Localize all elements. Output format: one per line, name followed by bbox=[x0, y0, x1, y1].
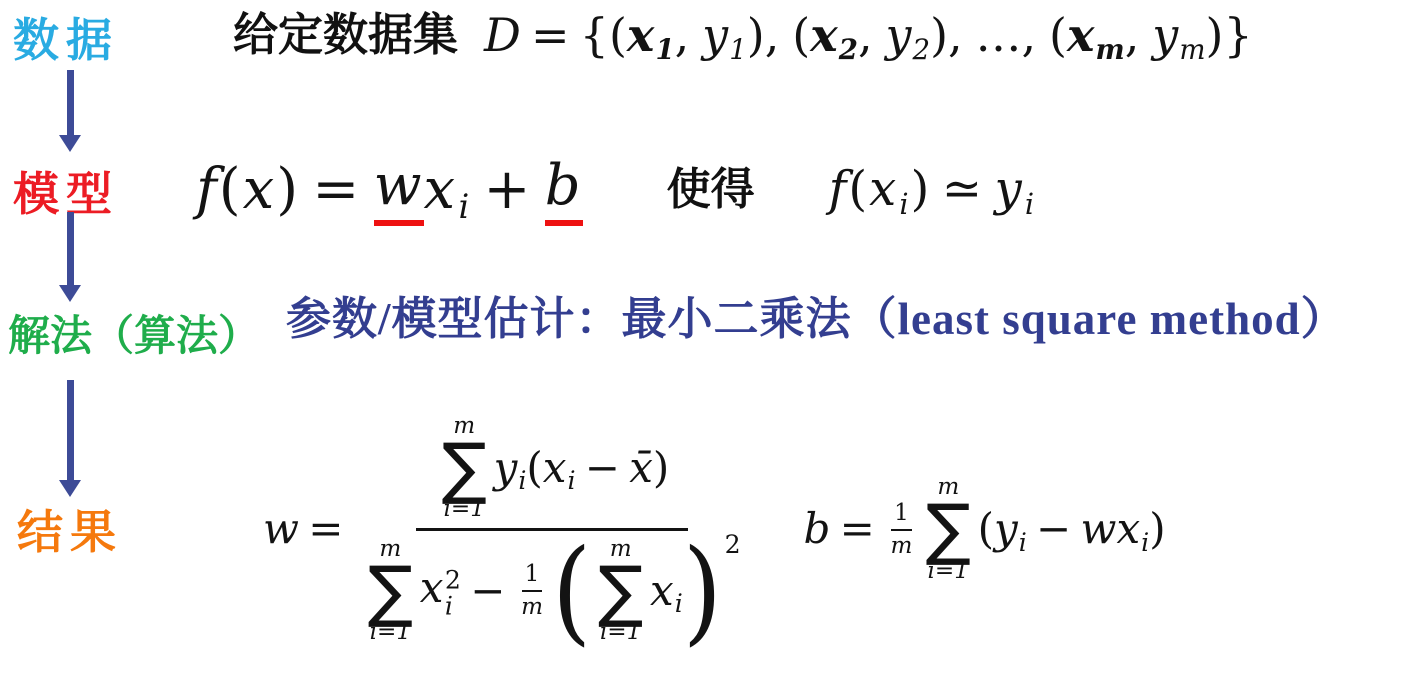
math-mtok: − bbox=[585, 444, 620, 492]
math-den: m bbox=[521, 592, 543, 621]
model-formula: f(x)=wxi+b bbox=[196, 154, 583, 226]
math-num: 1 bbox=[522, 561, 542, 592]
math-mtok: b bbox=[545, 154, 583, 226]
math-mtok: , bbox=[675, 9, 690, 62]
math-num: m∑i=1yi(xi−x̄) bbox=[416, 415, 688, 531]
math-mtok: w bbox=[263, 505, 299, 553]
math-mtok: yi bbox=[494, 444, 527, 492]
flow-step-data-label: 数据 bbox=[13, 4, 119, 70]
math-mfrac: 1m bbox=[521, 561, 543, 621]
math-mtok: = bbox=[531, 9, 570, 62]
math-mtok: yi bbox=[994, 505, 1027, 553]
math-mtok: xi bbox=[1116, 505, 1149, 553]
math-sig: ∑ bbox=[442, 438, 487, 498]
math-msubi: 2 bbox=[839, 33, 858, 66]
math-mtok: ( bbox=[978, 505, 994, 553]
arrow-line bbox=[67, 70, 74, 135]
math-mtok: 1 bbox=[525, 561, 540, 588]
math-mtok: x bbox=[243, 158, 277, 222]
dataset-row: 给定数据集 D={(x1,y1),(x2,y2),…,(xm,ym)} bbox=[233, 0, 1253, 70]
math-mtok: m bbox=[521, 594, 543, 621]
math-msubi: m bbox=[1179, 33, 1205, 66]
math-mtok: = bbox=[308, 505, 343, 553]
math-mtok: ( bbox=[1049, 9, 1067, 62]
math-s: i bbox=[445, 594, 453, 620]
math-msubi: i bbox=[675, 589, 683, 618]
math-mtok: − bbox=[1036, 505, 1071, 553]
math-mtok: f bbox=[196, 158, 219, 222]
math-mtok: = bbox=[840, 505, 875, 553]
math-den: m∑i=1x2i−1m(m∑i=1xi)2 bbox=[361, 531, 743, 644]
math-sig: ∑ bbox=[926, 499, 971, 559]
math-mtok: xi bbox=[650, 567, 683, 615]
math-den: m bbox=[891, 531, 913, 560]
math-bot: i=1 bbox=[928, 560, 969, 583]
result-row: w=m∑i=1yi(xi−x̄)m∑i=1x2i−1m(m∑i=1xi)2 b=… bbox=[263, 402, 1166, 657]
math-mtok: xm bbox=[1067, 9, 1125, 62]
math-mtok: xi bbox=[543, 444, 576, 492]
math-mtok: ( bbox=[526, 444, 542, 492]
math-mtok: − bbox=[470, 567, 505, 615]
math-mtok: w bbox=[374, 154, 424, 226]
math-mtok: ( bbox=[848, 162, 869, 217]
math-sig: ∑ bbox=[598, 561, 643, 621]
math-mtok: f bbox=[829, 162, 849, 217]
arrow-line bbox=[67, 212, 74, 285]
math-mscripts: 2i bbox=[445, 567, 461, 620]
math-mfrac: m∑i=1yi(xi−x̄)m∑i=1x2i−1m(m∑i=1xi)2 bbox=[361, 415, 743, 645]
math-ginner: m∑i=1xi bbox=[591, 538, 682, 645]
math-mfrac: 1m bbox=[891, 500, 913, 560]
math-bot: i=1 bbox=[600, 621, 641, 644]
math-mtok: ( bbox=[219, 158, 243, 222]
math-msum: m∑i=1 bbox=[598, 538, 643, 645]
math-msum: m∑i=1 bbox=[442, 415, 487, 522]
math-bot: i=1 bbox=[444, 498, 485, 521]
math-gsup: 2 bbox=[725, 530, 741, 559]
math-mtok: ym bbox=[1152, 9, 1205, 62]
math-mtok: { bbox=[580, 9, 609, 62]
flow-arrow-down-3 bbox=[59, 380, 81, 497]
math-mtok: x2i bbox=[420, 564, 461, 617]
method-heading: 参数/模型估计：最小二乘法（least square method） bbox=[286, 294, 1347, 344]
math-msubi: 2 bbox=[913, 33, 931, 66]
math-s: 2 bbox=[445, 567, 461, 593]
math-mtok: x2 bbox=[810, 9, 858, 62]
model-connector-label: 使得 bbox=[667, 165, 755, 214]
math-msubi: i bbox=[899, 187, 910, 221]
math-msubi: i bbox=[1141, 528, 1149, 557]
math-msubi: 1 bbox=[729, 33, 747, 66]
math-mtok: x̄ bbox=[629, 444, 653, 492]
flow-step-result-label: 结果 bbox=[17, 496, 123, 562]
math-mtok: xi bbox=[424, 158, 472, 222]
math-bigp: ) bbox=[683, 550, 722, 631]
b-formula: b=1mm∑i=1(yi−wxi) bbox=[804, 476, 1166, 583]
math-mtok: , bbox=[858, 9, 873, 62]
math-mtok: xi bbox=[869, 162, 910, 217]
math-num: 1 bbox=[891, 500, 911, 531]
math-msubi: i bbox=[518, 466, 526, 495]
math-mtok: ( bbox=[792, 9, 810, 62]
math-mtok: , bbox=[948, 9, 963, 62]
math-mtok: ≃ bbox=[942, 162, 984, 217]
math-mtok: } bbox=[1223, 9, 1252, 62]
model-row: f(x)=wxi+b 使得 f(xi)≃yi bbox=[196, 138, 1036, 242]
slide-canvas: 数据 模型 解法（算法） 结果 给定数据集 D={(x1,y1),(x2,y2)… bbox=[0, 0, 1423, 673]
math-mtok: ) bbox=[1206, 9, 1224, 62]
math-mtok: 1 bbox=[894, 500, 909, 527]
math-msubi: i bbox=[567, 466, 575, 495]
arrow-line bbox=[67, 380, 74, 480]
math-msubi: m bbox=[1096, 33, 1125, 66]
math-mtok: , bbox=[1125, 9, 1140, 62]
math-mtok: ) bbox=[653, 444, 669, 492]
flow-arrow-down-2 bbox=[59, 212, 81, 302]
math-mtok: , bbox=[765, 9, 780, 62]
math-mtok: D bbox=[484, 9, 521, 62]
math-msubi: i bbox=[458, 187, 471, 226]
dataset-formula: D={(x1,y1),(x2,y2),…,(xm,ym)} bbox=[484, 9, 1253, 62]
math-mtok: yi bbox=[995, 162, 1036, 217]
flow-arrow-down-1 bbox=[59, 70, 81, 152]
arrow-head bbox=[59, 285, 81, 302]
math-msubi: 1 bbox=[655, 33, 674, 66]
flow-step-method-label: 解法（算法） bbox=[8, 303, 260, 363]
arrow-head bbox=[59, 480, 81, 497]
math-mtok: … bbox=[976, 9, 1022, 62]
math-mtok: ( bbox=[609, 9, 627, 62]
math-mtok: ) bbox=[1149, 505, 1165, 553]
math-mtok: y1 bbox=[702, 9, 747, 62]
math-mtok: ) bbox=[276, 158, 300, 222]
math-mtok: b bbox=[804, 505, 831, 553]
math-mgroup: (m∑i=1xi)2 bbox=[552, 538, 741, 645]
math-mtok: ) bbox=[747, 9, 765, 62]
math-mtok: , bbox=[1022, 9, 1037, 62]
math-mtok: m bbox=[891, 533, 913, 560]
model-goal-formula: f(xi)≃yi bbox=[829, 162, 1036, 217]
math-msubi: i bbox=[1019, 528, 1027, 557]
arrow-head bbox=[59, 135, 81, 152]
dataset-prefix-label: 给定数据集 bbox=[233, 10, 458, 60]
math-mtok: x1 bbox=[627, 9, 675, 62]
math-sig: ∑ bbox=[368, 561, 413, 621]
math-bigp: ( bbox=[552, 550, 591, 631]
math-msum: m∑i=1 bbox=[926, 476, 971, 583]
w-formula: w=m∑i=1yi(xi−x̄)m∑i=1x2i−1m(m∑i=1xi)2 bbox=[263, 415, 752, 645]
math-mtok: ) bbox=[911, 162, 932, 217]
math-bot: i=1 bbox=[370, 621, 411, 644]
math-mtok: y2 bbox=[885, 9, 930, 62]
math-mtok: = bbox=[312, 158, 361, 222]
math-msum: m∑i=1 bbox=[368, 538, 413, 645]
math-mtok: + bbox=[484, 158, 533, 222]
math-mtok: ) bbox=[930, 9, 948, 62]
math-msubi: i bbox=[1025, 187, 1036, 221]
math-mtok: w bbox=[1080, 505, 1116, 553]
